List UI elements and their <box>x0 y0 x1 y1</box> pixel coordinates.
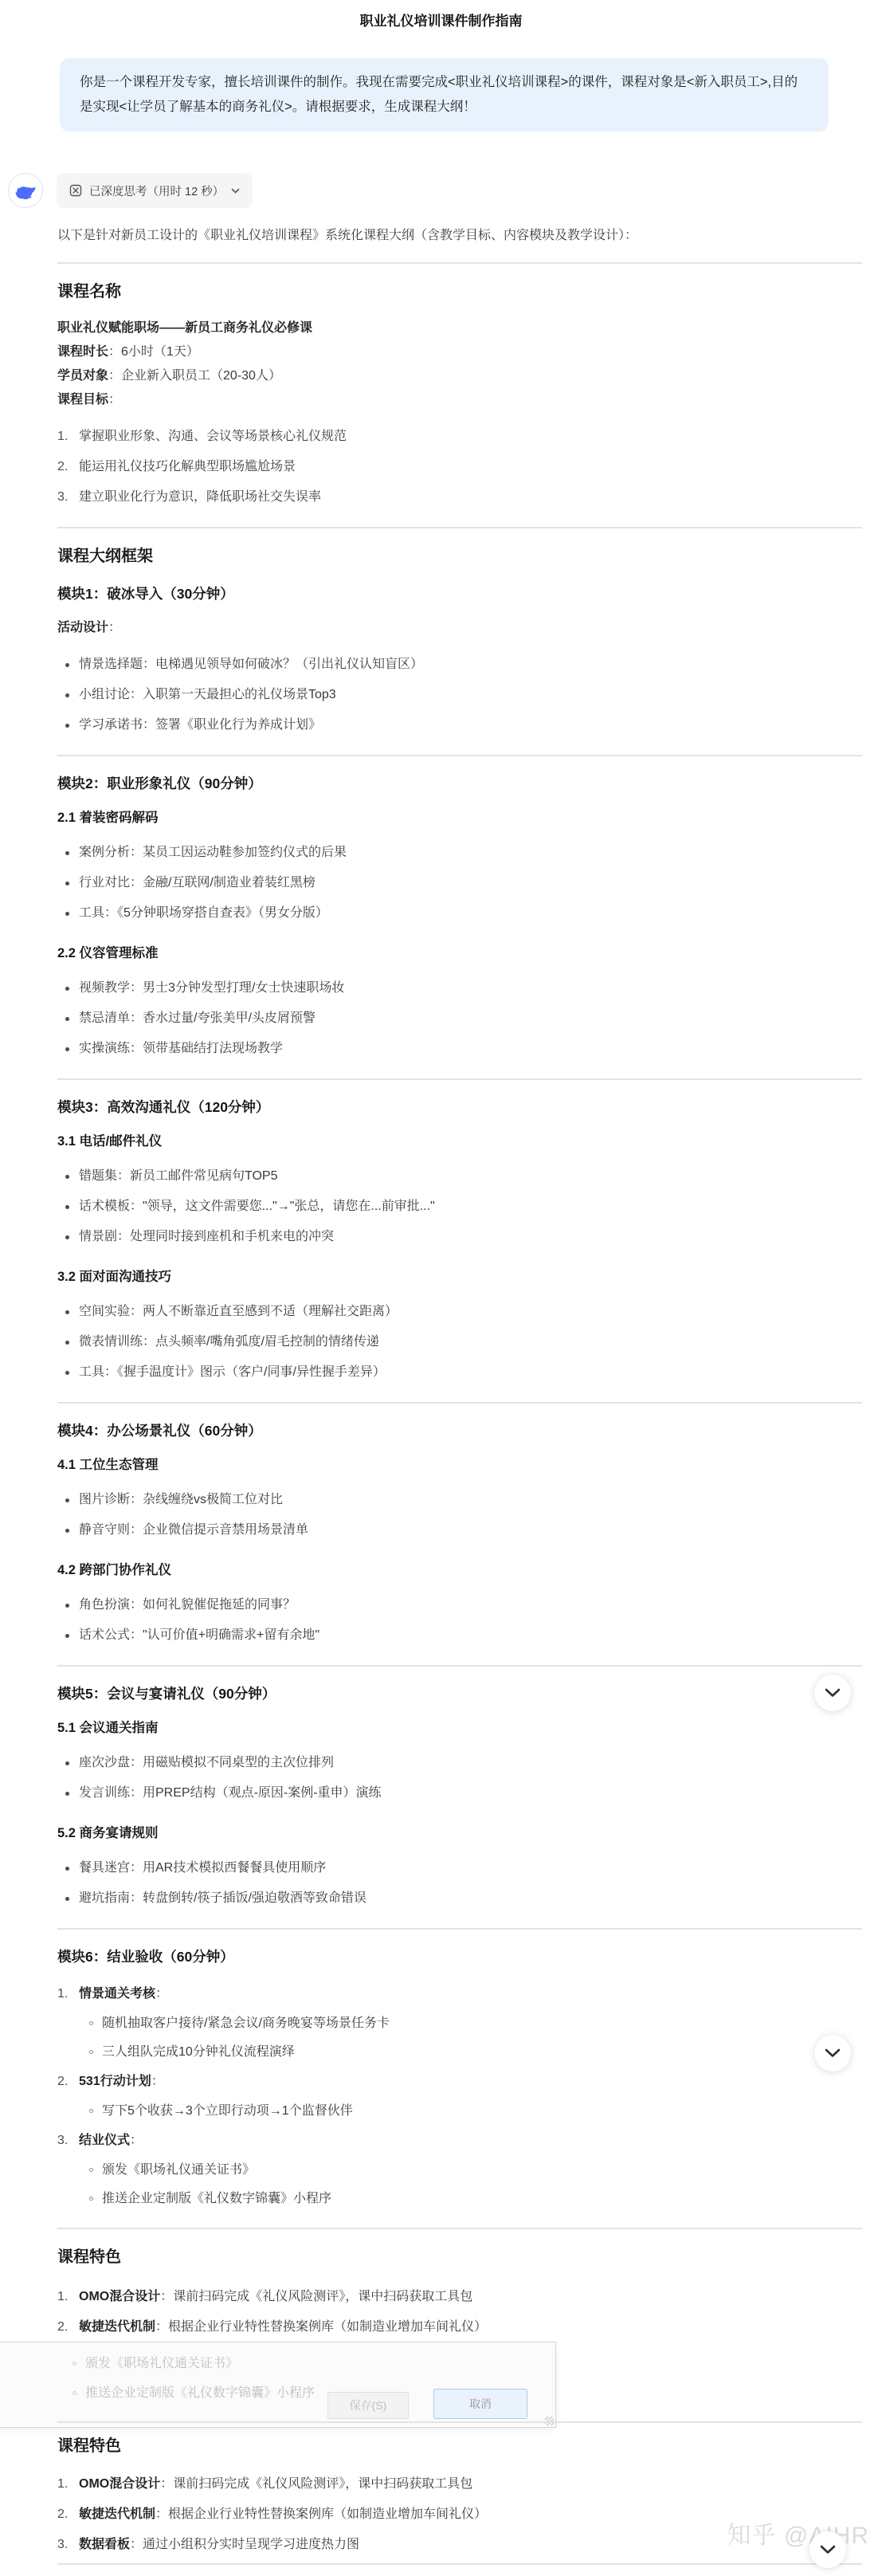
text-run: ：课前扫码完成《礼仪风险测评》，课中扫码获取工具包 <box>160 2477 472 2491</box>
list-item: 禁忌清单：香水过量/夸张美甲/头皮屑预警 <box>79 1003 862 1034</box>
text-run: 小组讨论：入职第一天最担心的礼仪场景Top3 <box>79 688 336 701</box>
subsection-heading: 3.1 电话/邮件礼仪 <box>57 1133 862 1150</box>
bold-run: 课程时长 <box>57 345 108 359</box>
section-heading: 课程特色 <box>57 2436 862 2456</box>
text-run: 工具：《5分钟职场穿搭自查表》（男女分版） <box>79 906 328 920</box>
text-run: 行业对比：金融/互联网/制造业着装红黑榜 <box>79 876 316 889</box>
avatar <box>8 173 43 208</box>
bold-run: 敏捷迭代机制 <box>79 2507 155 2521</box>
heading-text: 课程特色 <box>57 2437 121 2455</box>
section-divider <box>57 262 862 264</box>
text-run: 实操演练：领带基础结打法现场教学 <box>79 1042 283 1055</box>
heading-text: 5.1 会议通关指南 <box>57 1721 159 1735</box>
text-run: 颁发《职场礼仪通关证书》 <box>102 2163 255 2177</box>
list: 情景选择题：电梯遇见领导如何破冰？（引出礼仪认知盲区）小组讨论：入职第一天最担心… <box>57 650 862 740</box>
text-run: ：根据企业行业特性替换案例库（如制造业增加车间礼仪） <box>155 2507 487 2521</box>
list-item: 微表情训练：点头频率/嘴角弧度/眉毛控制的情绪传递 <box>79 1327 862 1357</box>
module-heading: 模块6：结业验收（60分钟） <box>57 1947 862 1966</box>
list-item: 学习承诺书：签署《职业化行为养成计划》 <box>79 710 862 740</box>
chevron-down-icon <box>824 1688 841 1698</box>
text-run: 错题集：新员工邮件常见病句TOP5 <box>79 1169 278 1183</box>
chevron-down-icon <box>819 2545 837 2554</box>
text-run: 餐具迷宫：用AR技术模拟西餐餐具使用顺序 <box>79 1861 326 1875</box>
intro-paragraph: 以下是针对新员工设计的《职业礼仪培训课程》系统化课程大纲（含教学目标、内容模块及… <box>57 224 862 248</box>
text-run: 学习承诺书：签署《职业化行为养成计划》 <box>79 718 321 732</box>
section-divider <box>57 1402 862 1404</box>
list-item: 行业对比：金融/互联网/制造业着装红黑榜 <box>79 868 862 898</box>
bold-run: 531行动计划 <box>79 2075 151 2088</box>
cancel-button[interactable]: 取消 <box>433 2389 527 2419</box>
text-run: 角色扮演：如何礼貌催促拖延的同事？ <box>79 1598 296 1612</box>
list-item: 能运用礼仪技巧化解典型职场尴尬场景 <box>79 452 862 482</box>
subsection-heading: 4.1 工位生态管理 <box>57 1456 862 1474</box>
heading-text: 模块4：办公场景礼仪（60分钟） <box>57 1423 262 1439</box>
paragraph: 活动设计： <box>57 616 862 640</box>
text-run: 图片诊断：杂线缠绕vs极简工位对比 <box>79 1493 283 1506</box>
deep-think-label: 已深度思考（用时 12 秒） <box>89 183 224 199</box>
floating-editor-overlay: 颁发《职场礼仪通关证书》 推送企业定制版《礼仪数字锦囊》小程序 保存(S) 取消 <box>0 2342 556 2428</box>
text-run: ： <box>108 621 121 634</box>
section-heading: 课程大纲框架 <box>57 546 862 567</box>
list: 掌握职业形象、沟通、会议等场景核心礼仪规范能运用礼仪技巧化解典型职场尴尬场景建立… <box>57 422 862 512</box>
list-item: 实操演练：领带基础结打法现场教学 <box>79 1034 862 1064</box>
expand-chevron-button[interactable] <box>814 1675 851 1711</box>
text-run: 空间实验：两人不断靠近直至感到不适（理解社交距离） <box>79 1305 398 1318</box>
subsection-heading: 4.2 跨部门协作礼仪 <box>57 1561 862 1579</box>
subsection-heading: 5.2 商务宴请规则 <box>57 1824 862 1842</box>
text-run: 推送企业定制版《礼仪数字锦囊》小程序 <box>102 2192 331 2205</box>
list: 视频教学：男士3分钟发型打理/女士快速职场妆禁忌清单：香水过量/夸张美甲/头皮屑… <box>57 973 862 1064</box>
list-item: 空间实验：两人不断靠近直至感到不适（理解社交距离） <box>79 1297 862 1327</box>
list-item: 视频教学：男士3分钟发型打理/女士快速职场妆 <box>79 973 862 1003</box>
text-run: 话术公式："认可价值+明确需求+留有余地" <box>79 1628 319 1642</box>
sub-list-item: 随机抽取客户接待/紧急会议/商务晚宴等场景任务卡 <box>102 2009 862 2038</box>
list-item: 避坑指南：转盘倒转/筷子插饭/强迫敬酒等致命错误 <box>79 1883 862 1914</box>
list-item: 静音守则：企业微信提示音禁用场景清单 <box>79 1515 862 1545</box>
chat-page: 职业礼仪培训课件制作指南 你是一个课程开发专家，擅长培训课件的制作。我现在需要完… <box>0 0 882 2576</box>
list-item: 话术模板："领导，这文件需要您..."→"张总，请您在...前审批..." <box>79 1192 862 1222</box>
list-item: 发言训练：用PREP结构（观点-原因-案例-重申）演练 <box>79 1778 862 1808</box>
heading-text: 4.1 工位生态管理 <box>57 1458 159 1472</box>
text-run: 视频教学：男士3分钟发型打理/女士快速职场妆 <box>79 981 344 995</box>
subsection-heading: 5.1 会议通关指南 <box>57 1719 862 1737</box>
paragraph: 职业礼仪赋能职场——新员工商务礼仪必修课课程时长：6小时（1天）学员对象：企业新… <box>57 316 862 412</box>
heading-text: 4.2 跨部门协作礼仪 <box>57 1563 171 1577</box>
heading-text: 3.2 面对面沟通技巧 <box>57 1270 171 1284</box>
bold-run: 活动设计 <box>57 621 108 634</box>
text-run: ：6小时（1天） <box>108 345 199 359</box>
text-run: 随机抽取客户接待/紧急会议/商务晚宴等场景任务卡 <box>102 2016 390 2030</box>
markdown-document: 课程名称职业礼仪赋能职场——新员工商务礼仪必修课课程时长：6小时（1天）学员对象… <box>57 262 862 2342</box>
bold-run: 职业礼仪赋能职场——新员工商务礼仪必修课 <box>57 321 312 335</box>
text-run: ：通过小组积分实时呈现学习进度热力图 <box>130 2538 359 2551</box>
list-item: 结业仪式：颁发《职场礼仪通关证书》推送企业定制版《礼仪数字锦囊》小程序 <box>79 2126 862 2213</box>
list-item: 餐具迷宫：用AR技术模拟西餐餐具使用顺序 <box>79 1853 862 1883</box>
list: 角色扮演：如何礼貌催促拖延的同事？话术公式："认可价值+明确需求+留有余地" <box>57 1590 862 1651</box>
list-item: 情景剧：处理同时接到座机和手机来电的冲突 <box>79 1222 862 1252</box>
list: 情景通关考核：随机抽取客户接待/紧急会议/商务晚宴等场景任务卡三人组队完成10分… <box>57 1979 862 2213</box>
subsection-heading: 3.2 面对面沟通技巧 <box>57 1268 862 1286</box>
section-divider <box>57 527 862 528</box>
heading-text: 模块1：破冰导入（30分钟） <box>57 586 234 602</box>
boxed-x-icon <box>69 184 82 197</box>
heading-text: 模块6：结业验收（60分钟） <box>57 1949 234 1965</box>
bold-run: 数据看板 <box>79 2538 130 2551</box>
bold-run: 学员对象 <box>57 369 108 383</box>
list-item: 话术公式："认可价值+明确需求+留有余地" <box>79 1620 862 1651</box>
text-run: 写下5个收获→3个立即行动项→1个监督伙伴 <box>102 2104 353 2118</box>
module-heading: 模块3：高效沟通礼仪（120分钟） <box>57 1098 862 1117</box>
text-run: 静音守则：企业微信提示音禁用场景清单 <box>79 1523 308 1537</box>
section-divider <box>57 755 862 756</box>
watermark: 知乎 @AIHR <box>727 2515 869 2550</box>
text-run: ： <box>130 2134 143 2147</box>
bold-run: 敏捷迭代机制 <box>79 2320 155 2334</box>
list-item: 敏捷迭代机制：根据企业行业特性替换案例库（如制造业增加车间礼仪） <box>79 2312 862 2342</box>
list-item: 图片诊断：杂线缠绕vs极简工位对比 <box>79 1485 862 1515</box>
text-run: 情景选择题：电梯遇见领导如何破冰？（引出礼仪认知盲区） <box>79 658 423 671</box>
text-run: 避坑指南：转盘倒转/筷子插饭/强迫敬酒等致命错误 <box>79 1891 367 1905</box>
text-run: ： <box>108 393 121 406</box>
list-item: 建立职业化行为意识，降低职场社交失误率 <box>79 482 862 512</box>
sub-list: 随机抽取客户接待/紧急会议/商务晚宴等场景任务卡三人组队完成10分钟礼仪流程演绎 <box>79 2009 862 2067</box>
section-divider <box>57 2563 862 2565</box>
bold-run: OMO混合设计 <box>79 2477 160 2491</box>
assistant-response: 以下是针对新员工设计的《职业礼仪培训课程》系统化课程大纲（含教学目标、内容模块及… <box>57 224 862 2342</box>
text-run: 建立职业化行为意识，降低职场社交失误率 <box>79 490 321 504</box>
section-divider <box>57 1665 862 1667</box>
ghost-list-item: 颁发《职场礼仪通关证书》 <box>85 2349 555 2378</box>
sub-list-item: 颁发《职场礼仪通关证书》 <box>102 2156 862 2185</box>
list: 错题集：新员工邮件常见病句TOP5话术模板："领导，这文件需要您..."→"张总… <box>57 1161 862 1252</box>
heading-text: 课程大纲框架 <box>57 548 153 565</box>
sub-list: 写下5个收获→3个立即行动项→1个监督伙伴 <box>79 2097 862 2126</box>
heading-text: 5.2 商务宴请规则 <box>57 1826 159 1840</box>
list-item: 案例分析：某员工因运动鞋参加签约仪式的后果 <box>79 838 862 868</box>
expand-chevron-button[interactable] <box>809 2531 846 2568</box>
list-item: OMO混合设计：课前扫码完成《礼仪风险测评》，课中扫码获取工具包 <box>79 2469 862 2499</box>
text-run: 座次沙盘：用磁贴模拟不同桌型的主次位排列 <box>79 1756 334 1769</box>
user-message-text: 你是一个课程开发专家，擅长培训课件的制作。我现在需要完成<职业礼仪培训课程>的课… <box>80 75 798 114</box>
section-heading: 课程特色 <box>57 2247 862 2268</box>
bold-run: 情景通关考核 <box>79 1987 155 2001</box>
assistant-header: 已深度思考（用时 12 秒） <box>8 173 882 208</box>
list-item: 情景通关考核：随机抽取客户接待/紧急会议/商务晚宴等场景任务卡三人组队完成10分… <box>79 1979 862 2067</box>
text-run: ：课前扫码完成《礼仪风险测评》，课中扫码获取工具包 <box>160 2290 472 2303</box>
list-item: 错题集：新员工邮件常见病句TOP5 <box>79 1161 862 1192</box>
list: 空间实验：两人不断靠近直至感到不适（理解社交距离）微表情训练：点头频率/嘴角弧度… <box>57 1297 862 1388</box>
list-item: 掌握职业形象、沟通、会议等场景核心礼仪规范 <box>79 422 862 452</box>
text-run: ： <box>151 2075 164 2088</box>
page-title: 职业礼仪培训课件制作指南 <box>0 0 882 29</box>
bold-run: 课程目标 <box>57 393 108 406</box>
text-run: 能运用礼仪技巧化解典型职场尴尬场景 <box>79 460 296 473</box>
bold-run: 结业仪式 <box>79 2134 130 2147</box>
text-line: 职业礼仪赋能职场——新员工商务礼仪必修课 <box>57 316 862 340</box>
list-item: 情景选择题：电梯遇见领导如何破冰？（引出礼仪认知盲区） <box>79 650 862 680</box>
list-item: 工具：《握手温度计》图示（客户/同事/异性握手差异） <box>79 1357 862 1388</box>
text-run: 案例分析：某员工因运动鞋参加签约仪式的后果 <box>79 846 347 859</box>
section-heading: 课程名称 <box>57 281 862 302</box>
list-item: 角色扮演：如何礼貌催促拖延的同事？ <box>79 1590 862 1620</box>
list-item: 工具：《5分钟职场穿搭自查表》（男女分版） <box>79 898 862 929</box>
text-run: 掌握职业形象、沟通、会议等场景核心礼仪规范 <box>79 430 347 443</box>
heading-text: 模块2：职业形象礼仪（90分钟） <box>57 776 262 791</box>
list-item: 531行动计划：写下5个收获→3个立即行动项→1个监督伙伴 <box>79 2067 862 2126</box>
text-line: 学员对象：企业新入职员工（20-30人） <box>57 364 862 388</box>
text-line: 课程目标： <box>57 388 862 412</box>
text-run: ：企业新入职员工（20-30人） <box>108 369 281 383</box>
deep-think-toggle[interactable]: 已深度思考（用时 12 秒） <box>57 173 253 208</box>
heading-text: 2.1 着装密码解码 <box>57 811 159 825</box>
heading-text: 模块5：会议与宴请礼仪（90分钟） <box>57 1686 276 1702</box>
chevron-down-icon <box>231 188 240 194</box>
text-run: 三人组队完成10分钟礼仪流程演绎 <box>102 2045 295 2059</box>
heading-text: 2.2 仪容管理标准 <box>57 946 159 960</box>
subsection-heading: 2.1 着装密码解码 <box>57 809 862 827</box>
list: 座次沙盘：用磁贴模拟不同桌型的主次位排列发言训练：用PREP结构（观点-原因-案… <box>57 1748 862 1808</box>
text-run: 工具：《握手温度计》图示（客户/同事/异性握手差异） <box>79 1365 386 1379</box>
heading-text: 课程名称 <box>57 283 121 300</box>
user-message-bubble: 你是一个课程开发专家，擅长培训课件的制作。我现在需要完成<职业礼仪培训课程>的课… <box>60 58 829 132</box>
text-run: ：根据企业行业特性替换案例库（如制造业增加车间礼仪） <box>155 2320 487 2334</box>
sub-list: 颁发《职场礼仪通关证书》推送企业定制版《礼仪数字锦囊》小程序 <box>79 2156 862 2213</box>
text-run: 发言训练：用PREP结构（观点-原因-案例-重申）演练 <box>79 1786 382 1800</box>
list-item: 小组讨论：入职第一天最担心的礼仪场景Top3 <box>79 680 862 710</box>
subsection-heading: 2.2 仪容管理标准 <box>57 944 862 962</box>
list-item: 座次沙盘：用磁贴模拟不同桌型的主次位排列 <box>79 1748 862 1778</box>
list: 图片诊断：杂线缠绕vs极简工位对比静音守则：企业微信提示音禁用场景清单 <box>57 1485 862 1545</box>
bold-run: OMO混合设计 <box>79 2290 160 2303</box>
text-run: ： <box>155 1987 168 2001</box>
heading-text: 模块3：高效沟通礼仪（120分钟） <box>57 1099 269 1115</box>
chevron-down-icon <box>824 2048 841 2058</box>
list: 案例分析：某员工因运动鞋参加签约仪式的后果行业对比：金融/互联网/制造业着装红黑… <box>57 838 862 929</box>
deepseek-whale-icon <box>15 180 37 202</box>
text-run: 微表情训练：点头频率/嘴角弧度/眉毛控制的情绪传递 <box>79 1335 379 1349</box>
sub-list-item: 推送企业定制版《礼仪数字锦囊》小程序 <box>102 2185 862 2213</box>
heading-text: 3.1 电话/邮件礼仪 <box>57 1134 162 1149</box>
sub-list-item: 写下5个收获→3个立即行动项→1个监督伙伴 <box>102 2097 862 2126</box>
save-button[interactable]: 保存(S) <box>327 2392 409 2419</box>
text-run: 话术模板："领导，这文件需要您..."→"张总，请您在...前审批..." <box>79 1200 435 1213</box>
section-divider <box>57 1078 862 1080</box>
text-run: 禁忌清单：香水过量/夸张美甲/头皮屑预警 <box>79 1011 316 1025</box>
heading-text: 课程特色 <box>57 2248 121 2266</box>
module-heading: 模块4：办公场景礼仪（60分钟） <box>57 1421 862 1440</box>
module-heading: 模块1：破冰导入（30分钟） <box>57 584 862 603</box>
module-heading: 模块2：职业形象礼仪（90分钟） <box>57 774 862 793</box>
list: OMO混合设计：课前扫码完成《礼仪风险测评》，课中扫码获取工具包敏捷迭代机制：根… <box>57 2282 862 2342</box>
text-run: 情景剧：处理同时接到座机和手机来电的冲突 <box>79 1230 334 1243</box>
list-item: OMO混合设计：课前扫码完成《礼仪风险测评》，课中扫码获取工具包 <box>79 2282 862 2312</box>
section-divider <box>57 2228 862 2229</box>
list: 餐具迷宫：用AR技术模拟西餐餐具使用顺序避坑指南：转盘倒转/筷子插饭/强迫敬酒等… <box>57 1853 862 1914</box>
section-divider <box>57 1928 862 1930</box>
text-line: 课程时长：6小时（1天） <box>57 340 862 364</box>
sub-list-item: 三人组队完成10分钟礼仪流程演绎 <box>102 2038 862 2067</box>
module-heading: 模块5：会议与宴请礼仪（90分钟） <box>57 1684 862 1703</box>
